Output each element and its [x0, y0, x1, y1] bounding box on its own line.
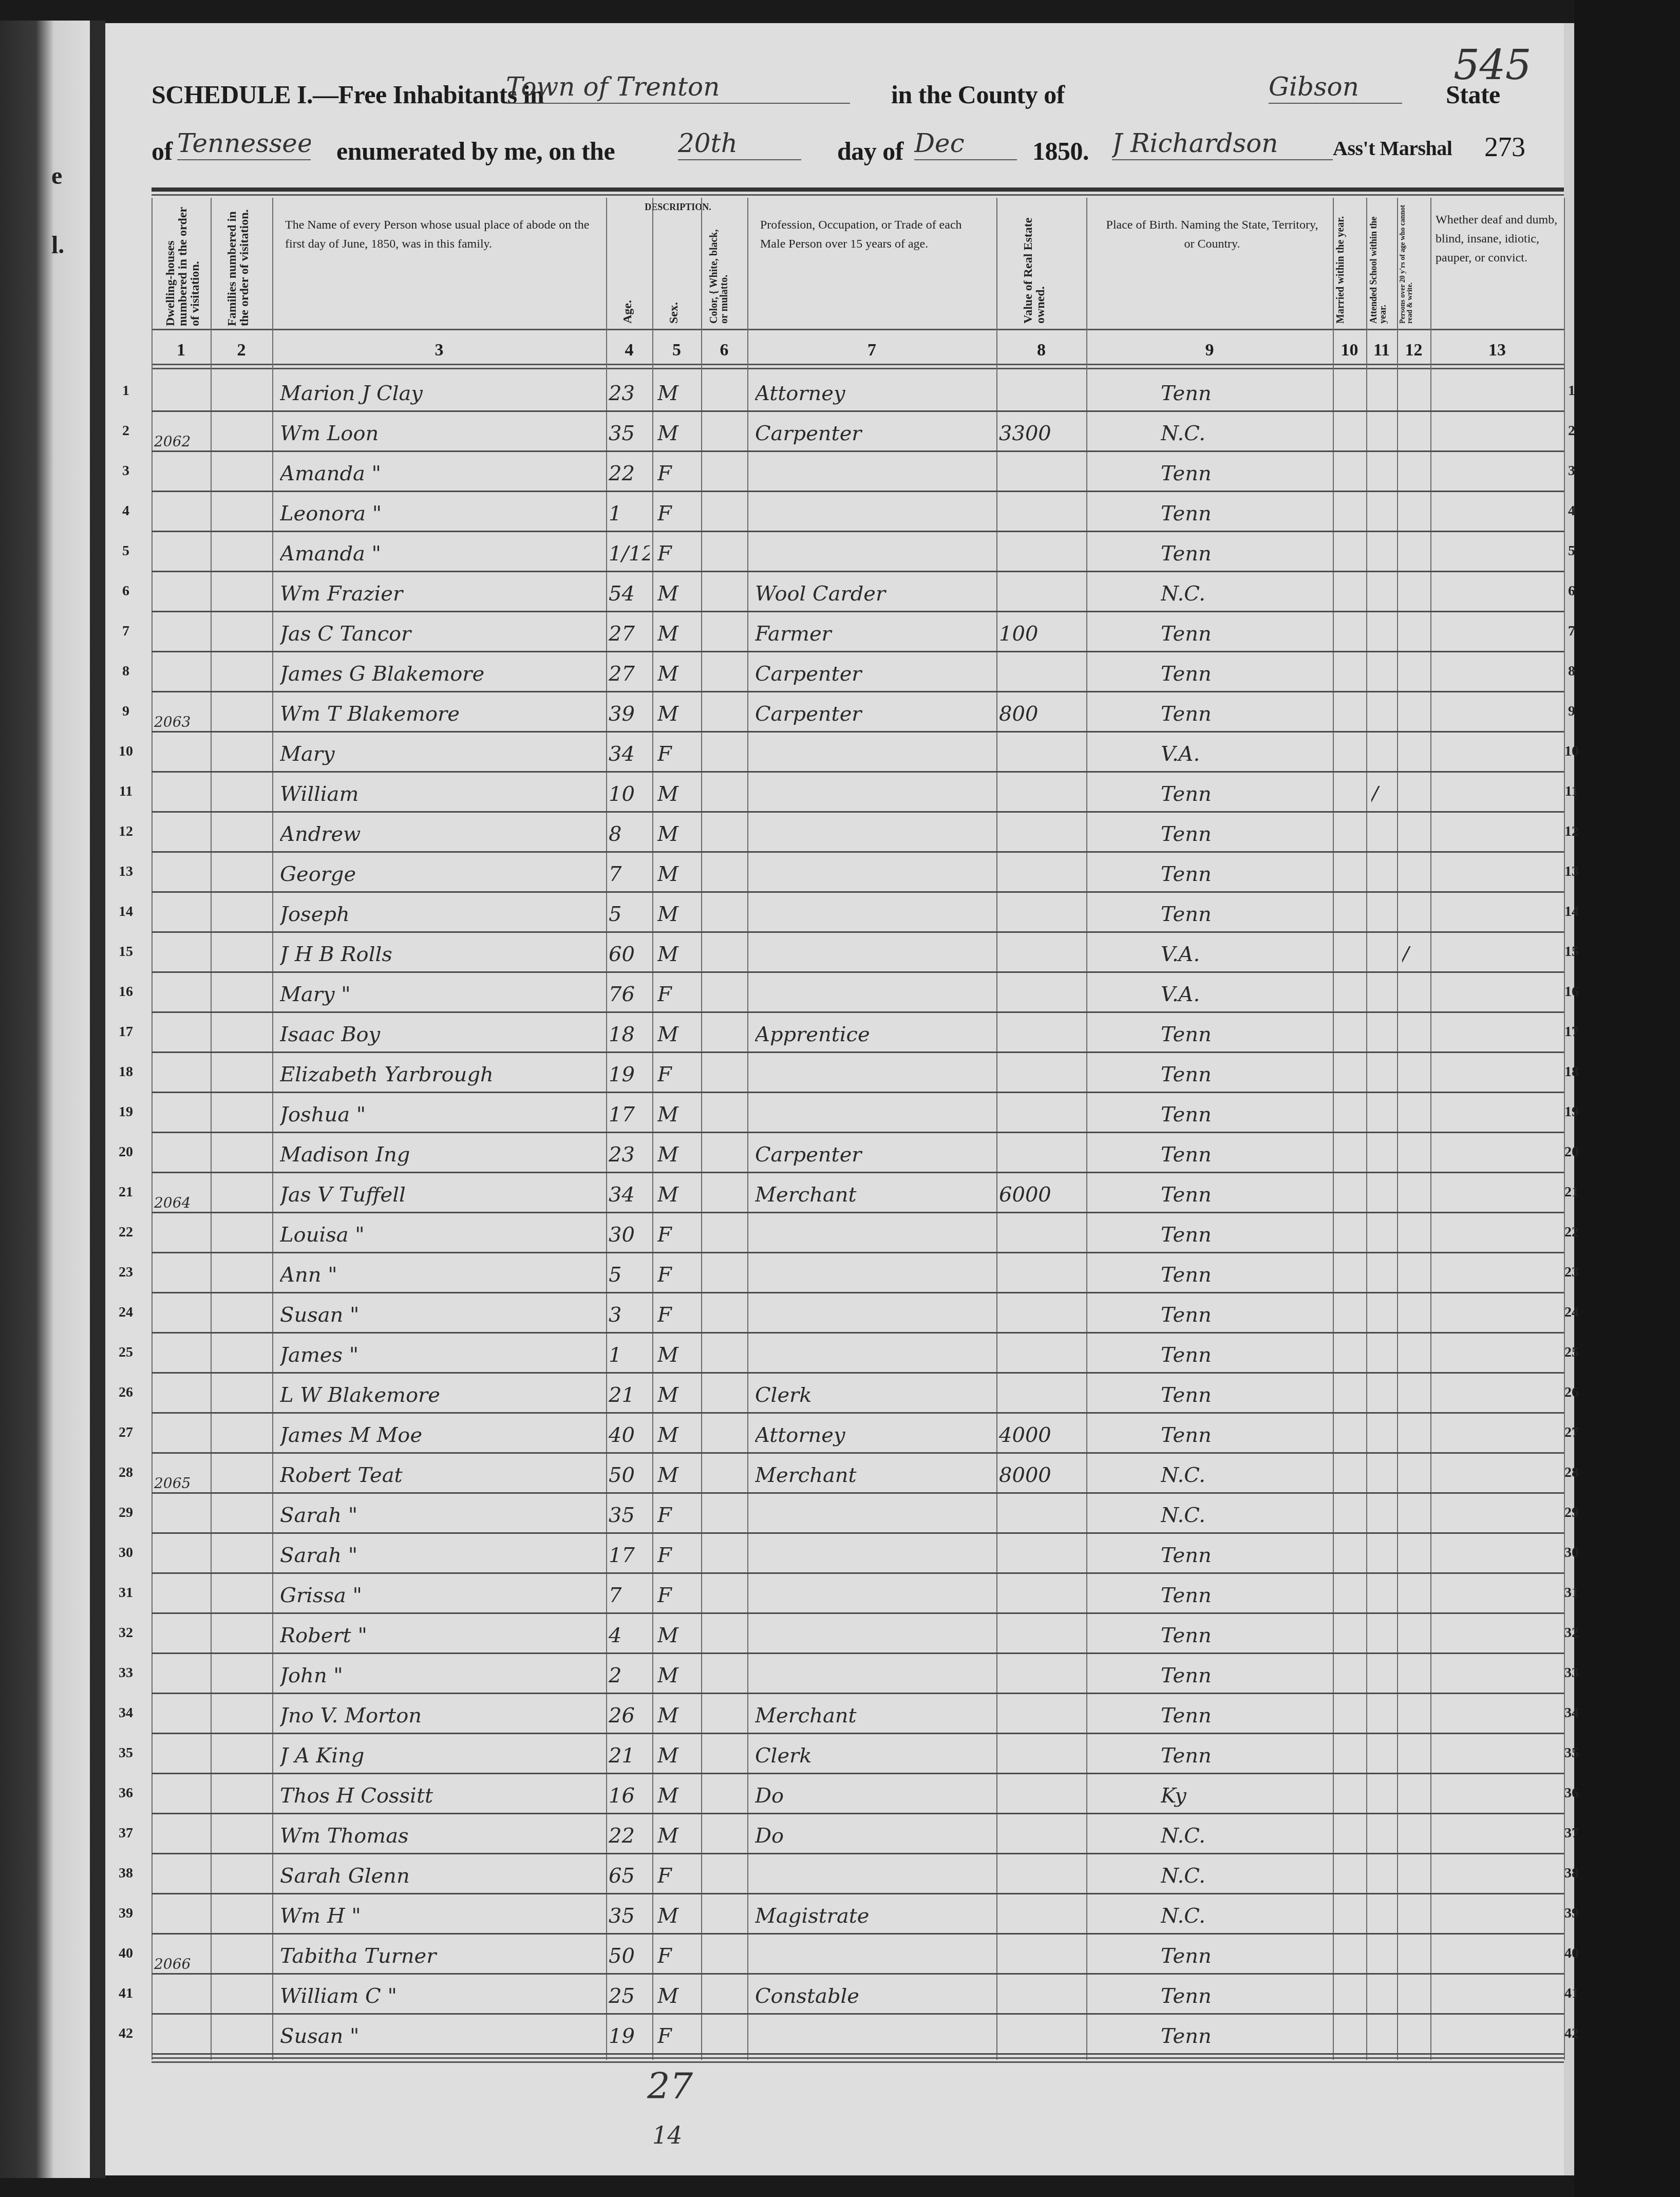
col-number: 8: [996, 341, 1086, 360]
row-number-right: 11: [1556, 783, 1587, 800]
sex-value: M: [657, 1824, 699, 1848]
row-line: [152, 1292, 1564, 1293]
person-name: John ": [280, 1664, 603, 1687]
row-number-left: 8: [110, 663, 141, 680]
row-line: [152, 891, 1564, 893]
row-number-left: 28: [110, 1464, 141, 1481]
age-value: 5: [609, 903, 650, 926]
row-line: [152, 1813, 1564, 1814]
dwelling-number: 2065: [154, 1475, 208, 1492]
row-number-left: 32: [110, 1625, 141, 1641]
birthplace-value: Tenn: [1161, 1584, 1330, 1607]
row-number-right: 27: [1556, 1424, 1587, 1441]
real-estate-value: 100: [999, 622, 1084, 646]
row-number-left: 31: [110, 1585, 141, 1601]
person-name: Susan ": [280, 2024, 603, 2048]
col-number: 10: [1333, 341, 1366, 360]
col-header-occupation: Profession, Occupation, or Trade of each…: [760, 216, 986, 254]
row-number-left: 39: [110, 1905, 141, 1922]
occupation-value: Clerk: [755, 1383, 994, 1407]
row-number-right: 1: [1556, 383, 1587, 399]
person-name: Leonora ": [280, 502, 603, 525]
dwelling-number: 2064: [154, 1194, 208, 1211]
sex-value: M: [657, 1343, 699, 1367]
sex-value: M: [657, 422, 699, 445]
person-name: Sarah ": [280, 1504, 603, 1527]
column-divider: [996, 198, 997, 2060]
enumerated-label: enumerated by me, on the: [336, 136, 615, 166]
birthplace-value: V.A.: [1161, 742, 1330, 766]
occupation-value: Carpenter: [755, 1143, 994, 1167]
row-number-left: 21: [110, 1184, 141, 1200]
row-number-left: 15: [110, 944, 141, 960]
row-line: [152, 2013, 1564, 2015]
row-line: [152, 1653, 1564, 1654]
illiterate-mark: /: [1402, 943, 1428, 966]
row-line: [152, 611, 1564, 612]
birthplace-value: Tenn: [1161, 502, 1330, 525]
sex-value: M: [657, 1704, 699, 1727]
row-number-left: 6: [110, 583, 141, 599]
person-name: Sarah Glenn: [280, 1864, 603, 1888]
person-name: Ann ": [280, 1263, 603, 1287]
sex-value: F: [657, 542, 699, 566]
row-number-left: 41: [110, 1985, 141, 2002]
sex-value: F: [657, 1504, 699, 1527]
row-number-right: 9: [1556, 703, 1587, 720]
row-number-right: 15: [1556, 944, 1587, 960]
row-line: [152, 1011, 1564, 1013]
sex-value: M: [657, 382, 699, 405]
col-header-age: Age.: [621, 288, 634, 324]
real-estate-value: 4000: [999, 1423, 1084, 1447]
sex-value: F: [657, 1303, 699, 1327]
county-label: in the County of: [891, 80, 1065, 109]
age-value: 10: [609, 782, 650, 806]
row-number-left: 12: [110, 823, 141, 840]
sex-value: M: [657, 1664, 699, 1687]
column-divider: [652, 198, 653, 2060]
occupation-value: Wool Carder: [755, 582, 994, 606]
row-number-right: 37: [1556, 1825, 1587, 1842]
column-divider: [1397, 198, 1398, 2060]
header-rule: [152, 187, 1564, 192]
age-value: 40: [609, 1423, 650, 1447]
row-number-right: 12: [1556, 823, 1587, 840]
person-name: Wm Loon: [280, 422, 603, 445]
birthplace-value: Tenn: [1161, 1704, 1330, 1727]
person-name: Amanda ": [280, 462, 603, 485]
age-value: 76: [609, 983, 650, 1006]
day-of-label: day of: [837, 136, 903, 166]
person-name: William: [280, 782, 603, 806]
birthplace-value: Tenn: [1161, 903, 1330, 926]
column-divider: [1430, 198, 1431, 2060]
row-number-left: 37: [110, 1825, 141, 1842]
birthplace-value: Tenn: [1161, 1984, 1330, 2008]
left-page-fragment: l.: [51, 231, 64, 259]
sex-value: F: [657, 983, 699, 1006]
person-name: Thos H Cossitt: [280, 1784, 603, 1808]
birthplace-value: Tenn: [1161, 1143, 1330, 1167]
state-label: State: [1446, 80, 1500, 109]
sex-value: M: [657, 862, 699, 886]
sex-value: F: [657, 1584, 699, 1607]
day-field: 20th: [678, 128, 801, 160]
occupation-value: Apprentice: [755, 1023, 994, 1046]
person-name: James ": [280, 1343, 603, 1367]
birthplace-value: Tenn: [1161, 1744, 1330, 1768]
row-number-right: 24: [1556, 1304, 1587, 1321]
age-value: 50: [609, 1944, 650, 1968]
person-name: Jas C Tancor: [280, 622, 603, 646]
row-number-left: 24: [110, 1304, 141, 1321]
county-field: Gibson: [1269, 72, 1402, 104]
person-name: Tabitha Turner: [280, 1944, 603, 1968]
row-line: [152, 491, 1564, 492]
row-number-left: 14: [110, 904, 141, 920]
birthplace-value: Tenn: [1161, 1383, 1330, 1407]
person-name: J A King: [280, 1744, 603, 1768]
person-name: Grissa ": [280, 1584, 603, 1607]
person-name: L W Blakemore: [280, 1383, 603, 1407]
age-value: 23: [609, 1143, 650, 1167]
occupation-value: Attorney: [755, 1423, 994, 1447]
row-number-left: 20: [110, 1144, 141, 1160]
person-name: Amanda ": [280, 542, 603, 566]
row-number-right: 40: [1556, 1945, 1587, 1962]
occupation-value: Clerk: [755, 1744, 994, 1768]
row-line: [152, 1492, 1564, 1494]
person-name: Madison Ing: [280, 1143, 603, 1167]
year-label: 1850.: [1032, 136, 1089, 166]
description-group-label: DESCRIPTION.: [616, 200, 740, 215]
col-number: 12: [1397, 341, 1430, 360]
row-line: [152, 1252, 1564, 1253]
age-value: 2: [609, 1664, 650, 1687]
sex-value: F: [657, 1223, 699, 1247]
age-value: 34: [609, 1183, 650, 1207]
person-name: Marion J Clay: [280, 382, 603, 405]
birthplace-value: Tenn: [1161, 1063, 1330, 1086]
sex-value: M: [657, 1463, 699, 1487]
col-header-dwelling: Dwelling-houses numbered in the order of…: [164, 203, 205, 326]
row-line: [152, 410, 1564, 412]
person-name: James G Blakemore: [280, 662, 603, 686]
row-number-right: 32: [1556, 1625, 1587, 1641]
row-line: [152, 1372, 1564, 1374]
age-value: 30: [609, 1223, 650, 1247]
left-facing-page: e l.: [0, 21, 90, 2178]
age-value: 16: [609, 1784, 650, 1808]
age-value: 25: [609, 1984, 650, 2008]
state-field: Tennessee: [177, 128, 311, 160]
age-value: 50: [609, 1463, 650, 1487]
birthplace-value: Tenn: [1161, 1944, 1330, 1968]
row-line: [152, 531, 1564, 532]
person-name: Isaac Boy: [280, 1023, 603, 1046]
sex-value: M: [657, 1423, 699, 1447]
row-number-right: 29: [1556, 1505, 1587, 1521]
row-line: [152, 731, 1564, 733]
row-number-right: 3: [1556, 463, 1587, 479]
month-field: Dec: [914, 128, 1017, 160]
age-value: 7: [609, 862, 650, 886]
occupation-value: Do: [755, 1824, 994, 1848]
person-name: Elizabeth Yarbrough: [280, 1063, 603, 1086]
col-number: 6: [701, 341, 747, 360]
sex-value: M: [657, 903, 699, 926]
age-value: 35: [609, 422, 650, 445]
row-number-right: 18: [1556, 1064, 1587, 1080]
person-name: Susan ": [280, 1303, 603, 1327]
sex-value: F: [657, 1063, 699, 1086]
birthplace-value: Tenn: [1161, 1624, 1330, 1647]
row-number-right: 33: [1556, 1665, 1587, 1681]
col-header-color: Color, { White, black, or mulatto.: [709, 221, 745, 324]
column-divider: [701, 198, 702, 2060]
age-value: 5: [609, 1263, 650, 1287]
col-number: 2: [211, 341, 272, 360]
person-name: Sarah ": [280, 1544, 603, 1567]
age-value: 22: [609, 462, 650, 485]
occupation-value: Carpenter: [755, 702, 994, 726]
person-name: William C ": [280, 1984, 603, 2008]
birthplace-value: Tenn: [1161, 1263, 1330, 1287]
birthplace-value: Tenn: [1161, 1183, 1330, 1207]
age-value: 17: [609, 1103, 650, 1126]
birthplace-value: Tenn: [1161, 382, 1330, 405]
person-name: Joseph: [280, 903, 603, 926]
row-number-right: 41: [1556, 1985, 1587, 2002]
row-number-left: 18: [110, 1064, 141, 1080]
age-value: 35: [609, 1504, 650, 1527]
row-line: [152, 771, 1564, 773]
real-estate-value: 800: [999, 702, 1084, 726]
age-value: 22: [609, 1824, 650, 1848]
row-number-left: 19: [110, 1104, 141, 1120]
person-name: Jas V Tuffell: [280, 1183, 603, 1207]
person-name: Wm Frazier: [280, 582, 603, 606]
birthplace-value: N.C.: [1161, 422, 1330, 445]
row-line: [152, 1773, 1564, 1774]
birthplace-value: N.C.: [1161, 582, 1330, 606]
row-line: [152, 651, 1564, 652]
birthplace-value: Tenn: [1161, 1303, 1330, 1327]
row-number-right: 17: [1556, 1024, 1587, 1040]
bottom-rule: [152, 2061, 1564, 2063]
row-number-right: 25: [1556, 1344, 1587, 1361]
sex-value: M: [657, 943, 699, 966]
row-number-right: 13: [1556, 863, 1587, 880]
row-number-left: 36: [110, 1785, 141, 1801]
col-header-married: Married within the year.: [1335, 205, 1346, 324]
birthplace-value: N.C.: [1161, 1904, 1330, 1928]
person-name: Joshua ": [280, 1103, 603, 1126]
occupation-value: Merchant: [755, 1183, 994, 1207]
row-number-left: 35: [110, 1745, 141, 1761]
column-divider: [272, 198, 273, 2060]
person-name: Mary: [280, 742, 603, 766]
birthplace-value: Tenn: [1161, 782, 1330, 806]
column-divider: [1333, 198, 1334, 2060]
sex-value: F: [657, 462, 699, 485]
row-number-left: 10: [110, 743, 141, 760]
col-header-real-estate: Value of Real Estate owned.: [1022, 200, 1058, 324]
age-value: 60: [609, 943, 650, 966]
row-number-right: 16: [1556, 984, 1587, 1000]
sex-value: M: [657, 622, 699, 646]
col-number: 4: [606, 341, 652, 360]
row-number-left: 16: [110, 984, 141, 1000]
age-value: 23: [609, 382, 650, 405]
row-number-right: 23: [1556, 1264, 1587, 1281]
row-number-right: 22: [1556, 1224, 1587, 1241]
person-name: Wm T Blakemore: [280, 702, 603, 726]
row-number-left: 9: [110, 703, 141, 720]
age-value: 3: [609, 1303, 650, 1327]
birthplace-value: N.C.: [1161, 1504, 1330, 1527]
sex-value: M: [657, 1784, 699, 1808]
marshal-label: Ass't Marshal: [1333, 136, 1452, 160]
col-header-name: The Name of every Person whose usual pla…: [285, 216, 598, 254]
row-line: [152, 1172, 1564, 1173]
occupation-value: Merchant: [755, 1463, 994, 1487]
age-value: 35: [609, 1904, 650, 1928]
row-number-left: 42: [110, 2025, 141, 2042]
row-line: [152, 691, 1564, 692]
row-line: [152, 1332, 1564, 1334]
age-value: 21: [609, 1744, 650, 1768]
left-page-fragment: e: [51, 162, 62, 190]
column-divider: [1086, 198, 1087, 2060]
age-value: 18: [609, 1023, 650, 1046]
row-number-right: 5: [1556, 543, 1587, 559]
person-name: J H B Rolls: [280, 943, 603, 966]
body-rule: [152, 368, 1564, 369]
col-header-sex: Sex.: [668, 288, 680, 324]
occupation-value: Attorney: [755, 382, 994, 405]
row-number-right: 42: [1556, 2025, 1587, 2042]
column-divider: [1366, 198, 1367, 2060]
birthplace-value: N.C.: [1161, 1463, 1330, 1487]
real-estate-value: 3300: [999, 422, 1084, 445]
row-number-left: 4: [110, 503, 141, 519]
row-number-left: 29: [110, 1505, 141, 1521]
row-number-right: 21: [1556, 1184, 1587, 1200]
binding-gutter: [90, 21, 105, 2178]
row-line: [152, 851, 1564, 853]
scan-border: [1574, 0, 1680, 2197]
sex-value: M: [657, 662, 699, 686]
age-value: 26: [609, 1704, 650, 1727]
row-line: [152, 1893, 1564, 1894]
person-name: Robert ": [280, 1624, 603, 1647]
sex-value: F: [657, 1263, 699, 1287]
sex-value: M: [657, 1103, 699, 1126]
birthplace-value: Tenn: [1161, 702, 1330, 726]
person-name: Wm H ": [280, 1904, 603, 1928]
birthplace-value: Tenn: [1161, 822, 1330, 846]
row-line: [152, 1412, 1564, 1414]
row-number-left: 34: [110, 1705, 141, 1721]
col-number: 11: [1366, 341, 1397, 360]
row-number-right: 20: [1556, 1144, 1587, 1160]
col-number: 5: [652, 341, 701, 360]
row-number-left: 30: [110, 1545, 141, 1561]
occupation-value: Carpenter: [755, 422, 994, 445]
col-header-illiterate: Persons over 20 y'rs of age who cannot r…: [1400, 200, 1414, 324]
sex-value: F: [657, 1864, 699, 1888]
person-name: Robert Teat: [280, 1463, 603, 1487]
person-name: Mary ": [280, 983, 603, 1006]
schedule-label: SCHEDULE I.—Free Inhabitants in: [152, 80, 544, 109]
col-number: 9: [1086, 341, 1333, 360]
occupation-value: Farmer: [755, 622, 994, 646]
row-line: [152, 1212, 1564, 1213]
row-number-right: 31: [1556, 1585, 1587, 1601]
column-divider: [152, 198, 153, 2060]
school-mark: /: [1371, 782, 1397, 806]
age-value: 65: [609, 1864, 650, 1888]
col-number: 13: [1430, 341, 1564, 360]
person-name: Jno V. Morton: [280, 1704, 603, 1727]
birthplace-value: Tenn: [1161, 622, 1330, 646]
row-number-left: 27: [110, 1424, 141, 1441]
row-number-left: 1: [110, 383, 141, 399]
row-line: [152, 971, 1564, 973]
row-line: [152, 571, 1564, 572]
birthplace-value: Tenn: [1161, 1423, 1330, 1447]
row-number-left: 40: [110, 1945, 141, 1962]
person-name: James M Moe: [280, 1423, 603, 1447]
age-value: 7: [609, 1584, 650, 1607]
row-line: [152, 1853, 1564, 1854]
row-line: [152, 1532, 1564, 1534]
row-number-left: 3: [110, 463, 141, 479]
header-rule: [152, 194, 1564, 196]
age-value: 39: [609, 702, 650, 726]
occupation-value: Merchant: [755, 1704, 994, 1727]
sex-value: M: [657, 1744, 699, 1768]
row-number-left: 33: [110, 1665, 141, 1681]
row-number-left: 13: [110, 863, 141, 880]
column-divider: [747, 198, 748, 2060]
bottom-rule: [152, 2057, 1564, 2059]
col-header-family: Families numbered in the order of visita…: [226, 203, 267, 326]
footer-tally: 27: [647, 2065, 693, 2107]
sex-value: M: [657, 1383, 699, 1407]
row-number-right: 36: [1556, 1785, 1587, 1801]
row-number-left: 22: [110, 1224, 141, 1241]
row-number-right: 2: [1556, 423, 1587, 439]
age-value: 34: [609, 742, 650, 766]
age-value: 21: [609, 1383, 650, 1407]
col-number: 1: [152, 341, 211, 360]
row-line: [152, 1051, 1564, 1053]
age-value: 19: [609, 1063, 650, 1086]
occupation-value: Carpenter: [755, 662, 994, 686]
occupation-value: Do: [755, 1784, 994, 1808]
of-label: of: [152, 136, 173, 166]
row-number-right: 38: [1556, 1865, 1587, 1882]
sex-value: M: [657, 582, 699, 606]
row-line: [152, 1092, 1564, 1093]
sex-value: M: [657, 1143, 699, 1167]
sex-value: M: [657, 1624, 699, 1647]
row-line: [152, 811, 1564, 813]
sex-value: F: [657, 1944, 699, 1968]
